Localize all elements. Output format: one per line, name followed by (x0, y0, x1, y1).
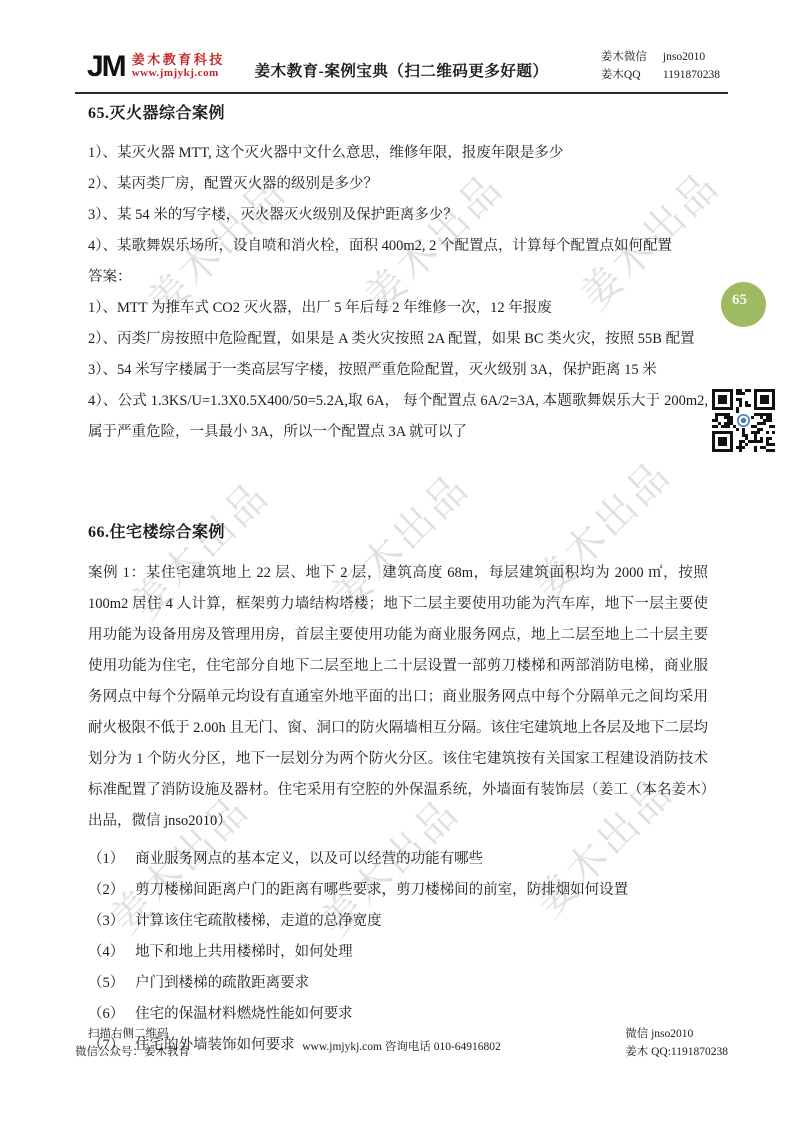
question-line: （5） 户门到楼梯的疏散距离要求 (88, 968, 708, 999)
contact-wechat-row: 姜木微信 jnso2010 (601, 48, 720, 66)
contact-wechat-label: 姜木微信 (601, 48, 663, 66)
question-line: 4）、某歌舞娱乐场所，设自喷和消火栓，面积 400m2, 2 个配置点，计算每个… (88, 231, 708, 262)
footer-right: 微信 jnso2010 姜木 QQ:1191870238 (625, 1026, 728, 1061)
section-65-questions: 1）、某灭火器 MTT, 这个灭火器中文什么意思，维修年限，报废年限是多少2）、… (88, 138, 708, 262)
answer-line: 1）、MTT 为推车式 CO2 灭火器，出厂 5 年后每 2 年维修一次，12 … (88, 293, 708, 324)
section-65-heading: 65.灭火器综合案例 (88, 100, 708, 123)
page-number-badge: 65 (721, 282, 766, 327)
question-line: （4） 地下和地上共用楼梯时，如何处理 (88, 937, 708, 968)
answer-line: 3）、54 米写字楼属于一类高层写字楼，按照严重危险配置，灭火级别 3A，保护距… (88, 355, 708, 386)
footer-wechat-id: 微信 jnso2010 (625, 1026, 728, 1044)
answer-line: 2）、丙类厂房按照中危险配置，如果是 A 类火灾按照 2A 配置，如果 BC 类… (88, 324, 708, 355)
question-line: （1） 商业服务网点的基本定义，以及可以经营的功能有哪些 (88, 844, 708, 875)
section-65: 65.灭火器综合案例 1）、某灭火器 MTT, 这个灭火器中文什么意思，维修年限… (88, 100, 708, 448)
section-66: 66.住宅楼综合案例 案例 1：某住宅建筑地上 22 层、地下 2 层，建筑高度… (88, 519, 708, 1061)
question-line: 3）、某 54 米的写字楼，灭火器灭火级别及保护距离多少？ (88, 200, 708, 231)
contact-qq-label: 姜木QQ (601, 66, 663, 84)
document-content: 65.灭火器综合案例 1）、某灭火器 MTT, 这个灭火器中文什么意思，维修年限… (88, 100, 708, 1061)
case-paragraph: 案例 1：某住宅建筑地上 22 层、地下 2 层，建筑高度 68m，每层建筑面积… (88, 558, 708, 837)
page-footer: 扫描右侧二维码 微信公众号：姜木教育 www.jmjykj.com 咨询电话 0… (75, 1026, 728, 1068)
question-line: 1）、某灭火器 MTT, 这个灭火器中文什么意思，维修年限，报废年限是多少 (88, 138, 708, 169)
page-header: JM 姜木教育科技 www.jmjykj.com 姜木教育-案例宝典（扫二维码更… (75, 46, 728, 94)
question-line: 2）、某丙类厂房，配置灭火器的级别是多少？ (88, 169, 708, 200)
footer-qq-id: 姜木 QQ:1191870238 (625, 1044, 728, 1062)
page-number: 65 (732, 292, 747, 309)
contact-wechat-value: jnso2010 (663, 48, 705, 66)
question-line: （3） 计算该住宅疏散楼梯，走道的总净宽度 (88, 906, 708, 937)
contact-qq-row: 姜木QQ 1191870238 (601, 66, 720, 84)
answers-label: 答案： (88, 262, 708, 293)
document-page: 姜木出品姜木出品姜木出品姜木出品姜木出品姜木出品姜木出品姜木出品姜木出品 JM … (0, 0, 793, 1122)
section-65-answers: 1）、MTT 为推车式 CO2 灭火器，出厂 5 年后每 2 年维修一次，12 … (88, 293, 708, 448)
answer-line: 4）、公式 1.3KS/U=1.3X0.5X400/50=5.2A,取 6A， … (88, 386, 708, 448)
header-contact-info: 姜木微信 jnso2010 姜木QQ 1191870238 (601, 48, 720, 84)
qr-code-icon (710, 389, 777, 452)
section-66-heading: 66.住宅楼综合案例 (88, 519, 708, 542)
contact-qq-value: 1191870238 (663, 66, 720, 84)
question-line: （2） 剪刀楼梯间距离户门的距离有哪些要求，剪刀楼梯间的前室，防排烟如何设置 (88, 875, 708, 906)
